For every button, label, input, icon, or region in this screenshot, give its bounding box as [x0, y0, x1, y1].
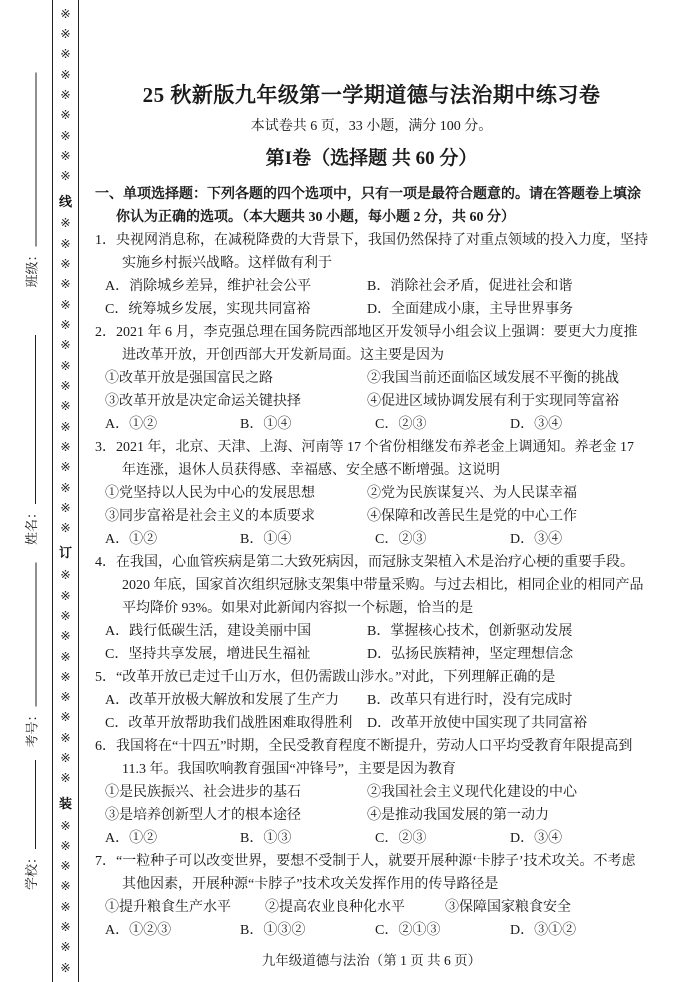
binding-symbol: ※ — [60, 941, 70, 954]
fill-field: 班级： — [21, 73, 39, 288]
option-cell: C．②③ — [375, 528, 510, 551]
binding-symbol: ※ — [60, 360, 70, 373]
binding-symbol: ※ — [60, 48, 70, 61]
binding-symbol: ※ — [60, 258, 70, 271]
binding-symbol: ※ — [60, 461, 70, 474]
binding-symbol: ※ — [60, 860, 70, 873]
option-cell: ①党坚持以人民为中心的发展思想 — [105, 482, 367, 505]
option-cell: ②提高农业良种化水平 — [265, 896, 445, 919]
option-cell: B．①③ — [240, 827, 375, 850]
option-row: ①提升粮食生产水平②提高农业良种化水平③保障国家粮食安全 — [95, 896, 648, 919]
binding-symbol: ※ — [60, 8, 70, 21]
fill-field: 考号： — [21, 563, 39, 748]
question: 6．我国将在“十四五”时期，全民受教育程度不断提升，劳动人口平均受教育年限提高到… — [95, 735, 648, 850]
option-cell: C．改革开放帮助我们战胜困难取得胜利 — [105, 712, 367, 735]
option-cell: ①提升粮食生产水平 — [105, 896, 265, 919]
binding-symbol: ※ — [60, 880, 70, 893]
question-stem: 1．央视网消息称，在减税降费的大背景下，我国仍然保持了对重点领域的投入力度，坚持… — [95, 229, 648, 275]
option-cell: D．③④ — [510, 827, 648, 850]
binding-line-char: 订 — [59, 542, 72, 561]
fill-field: 学校： — [21, 760, 39, 890]
binding-symbol: ※ — [60, 299, 70, 312]
binding-symbol: ※ — [60, 339, 70, 352]
paper-title: 25 秋新版九年级第一学期道德与法治期中练习卷 — [95, 82, 648, 108]
section-instruction: 一、单项选择题：下列各题的四个选项中，只有一项是最符合题意的。请在答题卷上填涂你… — [95, 183, 648, 229]
option-cell: A．消除城乡差异，维护社会公平 — [105, 275, 367, 298]
option-cell: ④保障和改善民生是党的中心工作 — [367, 505, 648, 528]
binding-symbol: ※ — [60, 732, 70, 745]
option-cell: ②我国社会主义现代化建设的中心 — [367, 781, 648, 804]
option-cell: D．改革开放使中国实现了共同富裕 — [367, 712, 648, 735]
option-row: A．消除城乡差异，维护社会公平B．消除社会矛盾，促进社会和谐 — [95, 275, 648, 298]
binding-symbol: ※ — [60, 691, 70, 704]
binding-symbol: ※ — [60, 752, 70, 765]
option-row: A．①②B．①④C．②③D．③④ — [95, 528, 648, 551]
option-cell: A．①② — [105, 827, 240, 850]
option-cell: ③是培养创新型人才的根本途径 — [105, 804, 367, 827]
fill-field-label: 考号： — [21, 708, 40, 747]
binding-line-char: 装 — [59, 793, 72, 812]
binding-symbol: ※ — [60, 109, 70, 122]
fill-field-blank — [21, 760, 36, 849]
binding-symbol: ※ — [60, 150, 70, 163]
option-cell: C．坚持共享发展，增进民生福祉 — [105, 643, 367, 666]
question: 5．“改革开放已走过千山万水，但仍需跋山涉水。”对此，下列理解正确的是A．改革开… — [95, 666, 648, 735]
section-heading: 第I卷（选择题 共 60 分） — [95, 146, 648, 172]
binding-symbol: ※ — [60, 170, 70, 183]
option-row: ①党坚持以人民为中心的发展思想②党为民族谋复兴、为人民谋幸福 — [95, 482, 648, 505]
binding-symbol: ※ — [60, 590, 70, 603]
option-cell: D．③④ — [510, 528, 648, 551]
option-cell: C．统筹城乡发展，实现共同富裕 — [105, 298, 367, 321]
option-row: ③同步富裕是社会主义的本质要求④保障和改善民生是党的中心工作 — [95, 505, 648, 528]
question: 3．2021 年，北京、天津、上海、河南等 17 个省份相继发布养老金上调通知。… — [95, 436, 648, 551]
option-cell: ①改革开放是强国富民之路 — [105, 367, 367, 390]
option-row: A．践行低碳生活，建设美丽中国B．掌握核心技术，创新驱动发展 — [95, 620, 648, 643]
binding-symbol: ※ — [60, 711, 70, 724]
option-cell: C．②①③ — [375, 919, 510, 942]
question-stem: 7．“一粒种子可以改变世界，要想不受制于人，就要开展种源‘卡脖子’技术攻关。不考… — [95, 850, 648, 896]
binding-symbol: ※ — [60, 482, 70, 495]
binding-symbol: ※ — [60, 217, 70, 230]
option-cell: ③同步富裕是社会主义的本质要求 — [105, 505, 367, 528]
question: 7．“一粒种子可以改变世界，要想不受制于人，就要开展种源‘卡脖子’技术攻关。不考… — [95, 850, 648, 942]
option-cell: B．消除社会矛盾，促进社会和谐 — [367, 275, 648, 298]
binding-symbol: ※ — [60, 522, 70, 535]
fill-field-label: 学校： — [21, 851, 40, 890]
binding-symbol: ※ — [60, 651, 70, 664]
option-cell: A．改革开放极大解放和发展了生产力 — [105, 689, 367, 712]
binding-symbol: ※ — [60, 69, 70, 82]
fill-field: 姓名： — [21, 335, 39, 545]
option-cell: B．改革只有进行时，没有完成时 — [367, 689, 648, 712]
binding-symbol: ※ — [60, 772, 70, 785]
binding-symbol: ※ — [60, 380, 70, 393]
question-stem: 3．2021 年，北京、天津、上海、河南等 17 个省份相继发布养老金上调通知。… — [95, 436, 648, 482]
option-row: A．①②③B．①③②C．②①③D．③①② — [95, 919, 648, 942]
exam-page: 班级：姓名：考号：学校： ※※※※※※※※※线※※※※※※※※※※※※※※※※订… — [0, 0, 695, 982]
binding-symbol: ※ — [60, 89, 70, 102]
binding-symbol: ※ — [60, 441, 70, 454]
option-row: A．①②B．①④C．②③D．③④ — [95, 413, 648, 436]
fill-field-label: 班级： — [21, 248, 40, 287]
option-cell: B．掌握核心技术，创新驱动发展 — [367, 620, 648, 643]
option-cell: A．①②③ — [105, 919, 240, 942]
fill-field-blank — [21, 563, 36, 707]
option-cell: ②党为民族谋复兴、为人民谋幸福 — [367, 482, 648, 505]
option-cell: ②我国当前还面临区域发展不平衡的挑战 — [367, 367, 648, 390]
paper-info: 本试卷共 6 页，33 小题，满分 100 分。 — [95, 117, 648, 137]
option-row: ③是培养创新型人才的根本途径④是推动我国发展的第一动力 — [95, 804, 648, 827]
option-cell: D．③④ — [510, 413, 648, 436]
question-stem: 6．我国将在“十四五”时期，全民受教育程度不断提升，劳动人口平均受教育年限提高到… — [95, 735, 648, 781]
option-cell: B．①④ — [240, 528, 375, 551]
binding-symbol: ※ — [60, 840, 70, 853]
option-cell: ④是推动我国发展的第一动力 — [367, 804, 648, 827]
binding-symbol: ※ — [60, 921, 70, 934]
option-row: ③改革开放是决定命运关键抉择④促进区域协调发展有利于实现同等富裕 — [95, 390, 648, 413]
question: 1．央视网消息称，在减税降费的大背景下，我国仍然保持了对重点领域的投入力度，坚持… — [95, 229, 648, 321]
page-footer: 九年级道德与法治（第 1 页 共 6 页） — [95, 952, 648, 970]
question-stem: 5．“改革开放已走过千山万水，但仍需跋山涉水。”对此，下列理解正确的是 — [95, 666, 648, 689]
option-cell: A．①② — [105, 413, 240, 436]
option-cell: D．全面建成小康，主导世界事务 — [367, 298, 648, 321]
binding-symbol: ※ — [60, 400, 70, 413]
option-cell: ④促进区域协调发展有利于实现同等富裕 — [367, 390, 648, 413]
binding-line-char: 线 — [59, 191, 72, 210]
binding-symbol: ※ — [60, 901, 70, 914]
margin-fields: 班级：姓名：考号：学校： — [0, 0, 52, 982]
binding-strip: ※※※※※※※※※线※※※※※※※※※※※※※※※※订※※※※※※※※※※※装※… — [52, 0, 79, 982]
option-row: A．①②B．①③C．②③D．③④ — [95, 827, 648, 850]
binding-symbol: ※ — [60, 671, 70, 684]
fill-field-blank — [21, 335, 36, 504]
question-list: 1．央视网消息称，在减税降费的大背景下，我国仍然保持了对重点领域的投入力度，坚持… — [95, 229, 648, 942]
option-cell: D．弘扬民族精神，坚定理想信念 — [367, 643, 648, 666]
binding-symbol: ※ — [60, 28, 70, 41]
binding-symbol: ※ — [60, 820, 70, 833]
option-row: ①是民族振兴、社会进步的基石②我国社会主义现代化建设的中心 — [95, 781, 648, 804]
fill-field-label: 姓名： — [21, 506, 40, 545]
option-row: C．统筹城乡发展，实现共同富裕D．全面建成小康，主导世界事务 — [95, 298, 648, 321]
option-cell: C．②③ — [375, 827, 510, 850]
binding-symbol: ※ — [60, 130, 70, 143]
binding-symbol: ※ — [60, 278, 70, 291]
fill-field-blank — [21, 73, 36, 247]
option-cell: A．①② — [105, 528, 240, 551]
content-column: 25 秋新版九年级第一学期道德与法治期中练习卷 本试卷共 6 页，33 小题，满… — [95, 0, 648, 970]
option-row: C．坚持共享发展，增进民生福祉D．弘扬民族精神，坚定理想信念 — [95, 643, 648, 666]
option-cell: C．②③ — [375, 413, 510, 436]
option-cell: A．践行低碳生活，建设美丽中国 — [105, 620, 367, 643]
option-row: C．改革开放帮助我们战胜困难取得胜利D．改革开放使中国实现了共同富裕 — [95, 712, 648, 735]
option-cell: ③改革开放是决定命运关键抉择 — [105, 390, 367, 413]
binding-symbol: ※ — [60, 238, 70, 251]
option-cell: B．①④ — [240, 413, 375, 436]
option-cell: B．①③② — [240, 919, 375, 942]
question-stem: 4．在我国，心血管疾病是第二大致死病因，而冠脉支架植入术是治疗心梗的重要手段。2… — [95, 551, 648, 620]
binding-symbol: ※ — [60, 962, 70, 975]
question-stem: 2．2021 年 6 月，李克强总理在国务院西部地区开发领导小组会议上强调：要更… — [95, 321, 648, 367]
option-cell: ③保障国家粮食安全 — [445, 896, 648, 919]
question: 4．在我国，心血管疾病是第二大致死病因，而冠脉支架植入术是治疗心梗的重要手段。2… — [95, 551, 648, 666]
option-row: ①改革开放是强国富民之路②我国当前还面临区域发展不平衡的挑战 — [95, 367, 648, 390]
option-row: A．改革开放极大解放和发展了生产力B．改革只有进行时，没有完成时 — [95, 689, 648, 712]
option-cell: D．③①② — [510, 919, 648, 942]
binding-symbol: ※ — [60, 319, 70, 332]
binding-symbol: ※ — [60, 569, 70, 582]
option-cell: ①是民族振兴、社会进步的基石 — [105, 781, 367, 804]
binding-symbol: ※ — [60, 630, 70, 643]
binding-symbol: ※ — [60, 610, 70, 623]
question: 2．2021 年 6 月，李克强总理在国务院西部地区开发领导小组会议上强调：要更… — [95, 321, 648, 436]
binding-symbol: ※ — [60, 502, 70, 515]
binding-symbol: ※ — [60, 421, 70, 434]
